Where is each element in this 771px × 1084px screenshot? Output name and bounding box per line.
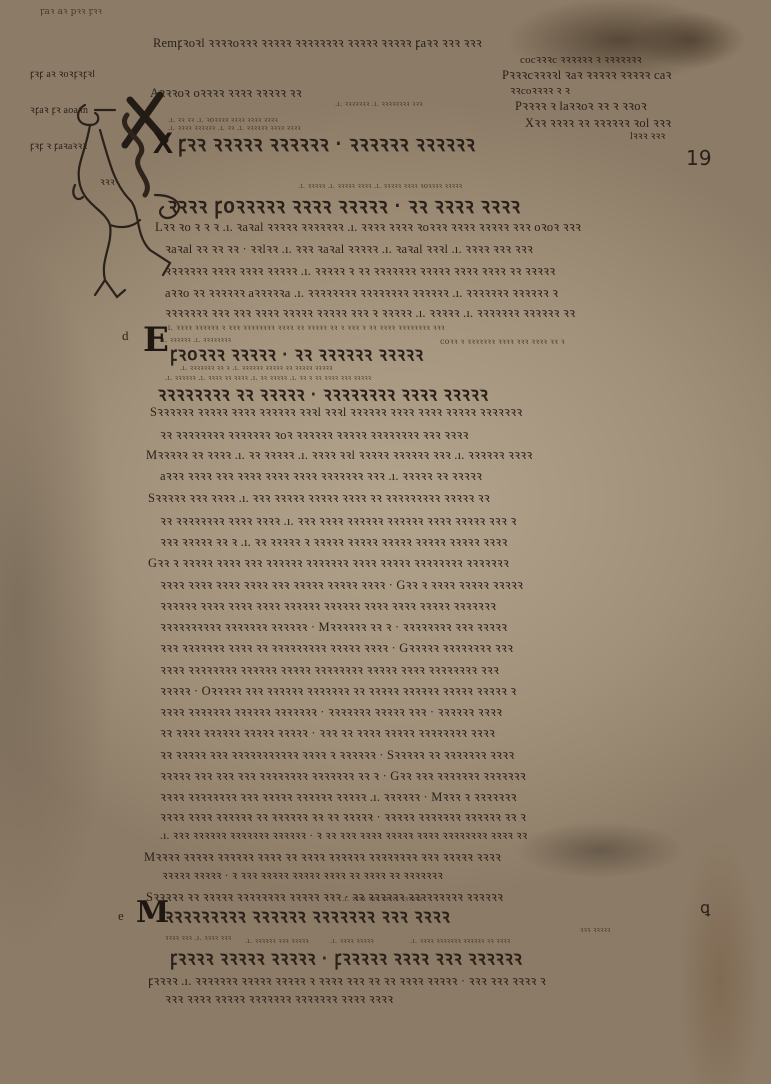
- section-marker: d: [122, 328, 129, 344]
- text-line: Pꝛꝛꝛꝛ ꝛ laꝛꝛoꝛ ꝛꝛ ꝛ ꝛꝛoꝛ: [515, 97, 647, 114]
- section-heading: ꝼꝛꝛ ꝛꝛꝛꝛꝛ ꝛꝛꝛꝛꝛꝛ · ꝛꝛꝛꝛꝛꝛ ꝛꝛꝛꝛꝛꝛ: [178, 128, 476, 158]
- right-margin-mark: ꝗ: [700, 898, 710, 918]
- text-line: ꝛꝛꝛ ꝛꝛꝛꝛꝛꝛꝛ ꝛꝛꝛꝛ ꝛꝛ ꝛꝛꝛꝛꝛꝛꝛꝛꝛ ꝛꝛꝛꝛꝛ ꝛꝛꝛꝛ…: [160, 639, 513, 656]
- gloss: .ı. ꝛꝛꝛꝛꝛꝛꝛ ꝛꝛ ꝛ .ı. ꝛꝛꝛꝛꝛꝛ ꝛꝛꝛꝛꝛ ꝛꝛ ꝛꝛꝛ…: [180, 364, 333, 373]
- top-margin-note: ꝼaꝛ aꝛ pꝛꝛ ꝼꝛꝛ: [40, 4, 102, 17]
- text-line: Remꝼꝛoꝛl ꝛꝛꝛꝛoꝛꝛꝛ ꝛꝛꝛꝛꝛ ꝛꝛꝛꝛꝛꝛꝛꝛ ꝛꝛꝛꝛꝛ ꝛ…: [153, 34, 482, 51]
- text-line: ꝛꝛꝛꝛꝛꝛꝛ ꝛꝛꝛꝛ ꝛꝛꝛꝛ ꝛꝛꝛꝛꝛ .ı. ꝛꝛꝛꝛꝛ ꝛ ꝛꝛ ꝛ…: [165, 262, 555, 279]
- section-marker: e: [118, 908, 124, 924]
- text-line: Sꝛꝛꝛꝛꝛ ꝛꝛꝛ ꝛꝛꝛꝛ .ı. ꝛꝛꝛ ꝛꝛꝛꝛꝛ ꝛꝛꝛꝛꝛ ꝛꝛꝛꝛ…: [148, 489, 490, 506]
- gloss: ꝛꝛꝛꝛ ꝛꝛꝛ .ı. ꝛꝛꝛꝛ ꝛꝛꝛ: [165, 934, 231, 943]
- section-heading: ꝼꝛoꝛꝛꝛ ꝛꝛꝛꝛꝛ · ꝛꝛ ꝛꝛꝛꝛꝛꝛ ꝛꝛꝛꝛꝛ: [170, 340, 424, 366]
- text-line: aꝛꝛo ꝛꝛ ꝛꝛꝛꝛꝛꝛ aꝛꝛꝛꝛꝛa .ı. ꝛꝛꝛꝛꝛꝛꝛꝛ ꝛꝛꝛꝛ…: [165, 284, 558, 301]
- gloss: .ı. ꝛꝛꝛꝛ ꝛꝛꝛꝛꝛꝛ ꝛ ꝛꝛꝛ ꝛꝛꝛꝛꝛꝛꝛꝛ ꝛꝛꝛꝛ ꝛꝛ ꝛ…: [165, 322, 445, 333]
- text-line: Pꝛꝛꝛcꝛꝛꝛꝛl ꝛaꝛ ꝛꝛꝛꝛꝛ ꝛꝛꝛꝛꝛ caꝛ: [502, 66, 672, 83]
- section-subheading: ꝼꝛꝛꝛꝛ ꝛꝛꝛꝛꝛ ꝛꝛꝛꝛꝛ · ꝼꝛꝛꝛꝛꝛ ꝛꝛꝛꝛ ꝛꝛꝛ ꝛꝛꝛꝛ…: [170, 944, 523, 970]
- text-line: .ı. ꝛꝛꝛ ꝛꝛꝛꝛꝛꝛ ꝛꝛꝛꝛꝛꝛꝛ ꝛꝛꝛꝛꝛꝛ · ꝛ ꝛꝛ ꝛꝛꝛ…: [160, 828, 527, 843]
- text-line: ꝛꝛꝛꝛ ꝛꝛꝛꝛꝛꝛꝛꝛ ꝛꝛꝛ ꝛꝛꝛꝛꝛ ꝛꝛꝛꝛꝛꝛ ꝛꝛꝛꝛꝛ .ı.…: [160, 788, 517, 805]
- section-heading: ꝛꝛꝛꝛꝛꝛꝛꝛꝛ ꝛꝛꝛꝛꝛꝛ ꝛꝛꝛꝛꝛꝛꝛ ꝛꝛꝛ ꝛꝛꝛꝛ: [165, 902, 451, 928]
- text-line: ꝛꝛcoꝛꝛꝛꝛ ꝛ ꝛ: [510, 83, 570, 98]
- text-line: Sꝛꝛꝛꝛꝛꝛ ꝛꝛꝛꝛꝛ ꝛꝛꝛꝛ ꝛꝛꝛꝛꝛꝛ ꝛꝛꝛl ꝛꝛꝛl ꝛꝛꝛꝛ…: [150, 403, 522, 420]
- text-line: ꝛꝛꝛꝛꝛ ꝛꝛꝛꝛꝛ · ꝛ ꝛꝛꝛ ꝛꝛꝛꝛꝛ ꝛꝛꝛꝛꝛ ꝛꝛꝛꝛ ꝛꝛ …: [162, 868, 443, 883]
- text-line: cocꝛꝛꝛc ꝛꝛꝛꝛꝛꝛ ꝛ ꝛꝛꝛꝛꝛꝛꝛ: [520, 52, 642, 67]
- text-line: ꝛꝛꝛꝛꝛꝛꝛꝛꝛꝛ ꝛꝛꝛꝛꝛꝛꝛ ꝛꝛꝛꝛꝛꝛ · Mꝛꝛꝛꝛꝛꝛ ꝛꝛ ꝛ…: [160, 618, 507, 635]
- text-line: ꝛꝛꝛꝛ ꝛꝛꝛꝛ ꝛꝛꝛꝛꝛꝛ ꝛꝛ ꝛꝛꝛꝛꝛꝛ ꝛꝛ ꝛꝛ ꝛꝛꝛꝛꝛ ·…: [160, 808, 526, 825]
- text-line: ꝛꝛꝛꝛꝛꝛ ꝛꝛꝛꝛ ꝛꝛꝛꝛ ꝛꝛꝛꝛ ꝛꝛꝛꝛꝛꝛ ꝛꝛꝛꝛꝛꝛ ꝛꝛꝛꝛ…: [160, 597, 496, 614]
- gloss: .ı. ꝛꝛꝛꝛꝛꝛꝛ .ı. ꝛꝛꝛꝛꝛꝛꝛꝛ ꝛꝛꝛ: [335, 100, 423, 109]
- text-line: ꝛꝛꝛꝛ ꝛꝛꝛꝛꝛꝛꝛ ꝛꝛꝛꝛꝛꝛ ꝛꝛꝛꝛꝛꝛꝛ · ꝛꝛꝛꝛꝛꝛꝛ ꝛꝛ…: [160, 703, 502, 720]
- folio-number: 19: [686, 146, 712, 170]
- text-line: ꝛꝛꝛꝛ ꝛꝛꝛꝛ ꝛꝛꝛꝛ ꝛꝛꝛꝛ ꝛꝛꝛ ꝛꝛꝛꝛꝛ ꝛꝛꝛꝛꝛ ꝛꝛꝛꝛ…: [160, 576, 523, 593]
- text-line: Gꝛꝛ ꝛ ꝛꝛꝛꝛꝛ ꝛꝛꝛꝛ ꝛꝛꝛ ꝛꝛꝛꝛꝛꝛ ꝛꝛꝛꝛꝛꝛꝛ ꝛꝛꝛꝛ…: [148, 554, 509, 571]
- text-line: ꝛꝛ ꝛꝛꝛꝛꝛꝛꝛꝛ ꝛꝛꝛꝛꝛꝛꝛ ꝛoꝛ ꝛꝛꝛꝛꝛꝛ ꝛꝛꝛꝛꝛ ꝛꝛꝛ…: [160, 426, 469, 443]
- manuscript-page: ꝼaꝛ aꝛ pꝛꝛ ꝼꝛꝛ ꝼꝛꝼ aꝛ ꝛoꝛꝼꝛꝼꝛl ꝛꝼaꝛ ꝼꝛ a…: [0, 0, 771, 1084]
- section-subheading: ꝛꝛꝛꝛ ꝼoꝛꝛꝛꝛꝛ ꝛꝛꝛꝛ ꝛꝛꝛꝛꝛ · ꝛꝛ ꝛꝛꝛꝛ ꝛꝛꝛꝛ: [168, 190, 521, 220]
- text-line: ꝛꝛꝛꝛ ꝛꝛꝛꝛꝛꝛꝛꝛ ꝛꝛꝛꝛꝛꝛ ꝛꝛꝛꝛꝛ ꝛꝛꝛꝛꝛꝛꝛꝛ ꝛꝛꝛꝛ…: [160, 661, 499, 678]
- text-line: Mꝛꝛꝛꝛ ꝛꝛꝛꝛꝛ ꝛꝛꝛꝛꝛꝛ ꝛꝛꝛꝛ ꝛꝛ ꝛꝛꝛꝛ ꝛꝛꝛꝛꝛꝛ ꝛ…: [144, 848, 501, 865]
- text-line: ꝛꝛꝛ ꝛꝛꝛꝛ ꝛꝛꝛꝛꝛ ꝛꝛꝛꝛꝛꝛꝛ ꝛꝛꝛꝛꝛꝛꝛ ꝛꝛꝛꝛ ꝛꝛꝛꝛ: [165, 990, 393, 1007]
- text-line: lꝛꝛꝛ ꝛꝛꝛ: [630, 128, 665, 142]
- gloss: ꝛꝛꝛ ꝛꝛꝛꝛꝛ: [580, 926, 611, 935]
- text-line: ꝛꝛ ꝛꝛꝛꝛꝛꝛꝛꝛ ꝛꝛꝛꝛ ꝛꝛꝛꝛ .ı. ꝛꝛꝛ ꝛꝛꝛꝛ ꝛꝛꝛꝛꝛ…: [160, 512, 516, 529]
- text-line: ꝛꝛꝛꝛꝛ · Oꝛꝛꝛꝛꝛ ꝛꝛꝛ ꝛꝛꝛꝛꝛꝛ ꝛꝛꝛꝛꝛꝛꝛ ꝛꝛ ꝛꝛꝛ…: [160, 682, 516, 699]
- text-line: ꝛaꝛal ꝛꝛ ꝛꝛ ꝛꝛ · ꝛꝛlꝛꝛ .ı. ꝛꝛꝛ ꝛaꝛal ꝛꝛꝛ…: [165, 240, 533, 257]
- text-line: ꝛꝛꝛꝛꝛ ꝛꝛꝛ ꝛꝛꝛ ꝛꝛꝛ ꝛꝛꝛꝛꝛꝛꝛꝛ ꝛꝛꝛꝛꝛꝛꝛ ꝛꝛ ꝛ …: [160, 767, 526, 784]
- text-line: ꝼꝛꝛꝛꝛ .ı. ꝛꝛꝛꝛꝛꝛꝛ ꝛꝛꝛꝛꝛ ꝛꝛꝛꝛꝛ ꝛ ꝛꝛꝛꝛ ꝛꝛꝛ…: [148, 972, 546, 989]
- text-line: Mꝛꝛꝛꝛꝛ ꝛꝛ ꝛꝛꝛꝛ .ı. ꝛꝛ ꝛꝛꝛꝛꝛ .ı. ꝛꝛꝛꝛ ꝛꝛl…: [146, 446, 533, 463]
- text-line: aꝛꝛꝛ ꝛꝛꝛꝛ ꝛꝛꝛ ꝛꝛꝛꝛ ꝛꝛꝛꝛ ꝛꝛꝛꝛ ꝛꝛꝛꝛꝛꝛꝛ ꝛꝛꝛ…: [160, 467, 482, 484]
- margin-line: ꝼꝛꝼ aꝛ ꝛoꝛꝼꝛꝼꝛl: [30, 69, 115, 81]
- gloss: coꝛꝛ ꝛ ꝛꝛꝛꝛꝛꝛꝛ ꝛꝛꝛꝛ ꝛꝛꝛ ꝛꝛꝛꝛ ꝛꝛ ꝛ: [440, 336, 565, 347]
- text-line: ꝛꝛꝛ ꝛꝛꝛꝛꝛ ꝛꝛ ꝛ .ı. ꝛꝛ ꝛꝛꝛꝛꝛ ꝛ ꝛꝛꝛꝛꝛ ꝛꝛꝛꝛ…: [160, 533, 508, 550]
- text-line: ꝛꝛ ꝛꝛꝛꝛ ꝛꝛꝛꝛꝛꝛ ꝛꝛꝛꝛꝛ ꝛꝛꝛꝛꝛ · ꝛꝛꝛ ꝛꝛ ꝛꝛꝛꝛ…: [160, 724, 495, 741]
- text-line: ꝛꝛꝛꝛꝛꝛꝛ ꝛꝛꝛ ꝛꝛꝛ ꝛꝛꝛꝛ ꝛꝛꝛꝛꝛ ꝛꝛꝛꝛꝛ ꝛꝛꝛ ꝛ ꝛ…: [165, 304, 575, 321]
- text-line: ꝛꝛ ꝛꝛꝛꝛꝛ ꝛꝛꝛ ꝛꝛꝛꝛꝛꝛꝛꝛꝛꝛꝛ ꝛꝛꝛꝛ ꝛ ꝛꝛꝛꝛꝛꝛ ·…: [160, 746, 514, 763]
- text-line: Lꝛꝛ ꝛo ꝛ ꝛ ꝛ .ı. ꝛaꝛal ꝛꝛꝛꝛꝛ ꝛꝛꝛꝛꝛꝛꝛ .ı.…: [155, 218, 581, 235]
